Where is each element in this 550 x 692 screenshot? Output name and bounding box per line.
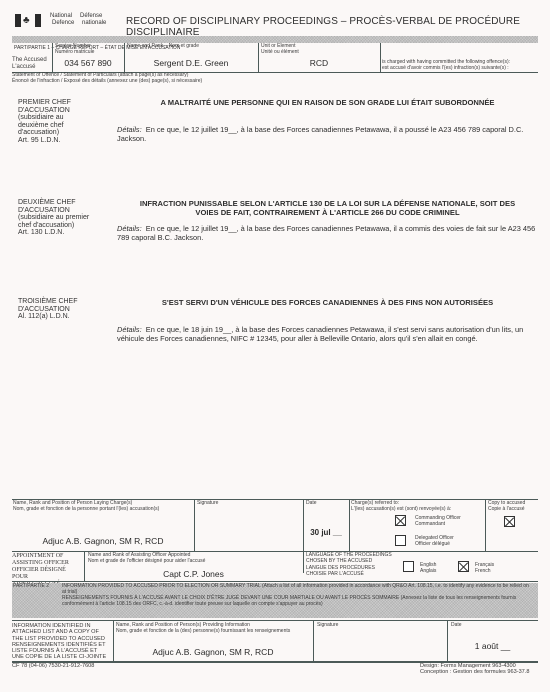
charged-text-fr: est accusé d'avoir commis l'(es) infract…	[382, 66, 538, 72]
language-label-line: CHOSEN BY THE ACCUSED	[306, 559, 396, 565]
assisting-name-label-fr: Nom et grade de l'officier désigné pour …	[88, 559, 298, 565]
info-label-line: ATTACHED LIST AND A COPY OF	[12, 629, 112, 635]
francais-label: Français French	[475, 563, 494, 574]
design-credit-fr: Conception : Gestion des formules 963-37…	[420, 670, 529, 676]
charge-3-label-line: Al. 112(a) L.D.N.	[18, 313, 98, 321]
information-section-label: INFORMATION IDENTIFIED IN ATTACHED LIST …	[12, 623, 112, 661]
charge-3-title: S'EST SERVI D'UN VÉHICULE DES FORCES CAN…	[115, 298, 540, 307]
assisting-label-line: OFFICIER DÉSIGNÉ POUR	[12, 567, 82, 581]
unit-value[interactable]: RCD	[258, 58, 380, 68]
information-name-label: Name, Rank and Position of Person(s) Pro…	[116, 623, 316, 634]
charge-1-label-line: D'ACCUSATION	[18, 107, 98, 115]
charge-2-details-text: En ce que, le 12 juillet 19__, à la base…	[117, 224, 535, 242]
francais-label-fr: French	[475, 569, 494, 575]
date-label: Date	[306, 501, 317, 507]
referred-label-fr: L'(les) accusation(s) est (sont) renvoyé…	[351, 507, 461, 513]
charge-2-label-line: DEUXIÈME CHEF	[18, 199, 98, 207]
charge-3-details-text: En ce que, le 18 juin 19__, à la base de…	[117, 325, 523, 343]
charge-1-details-text: En ce que, le 12 juillet 19__, à la base…	[117, 125, 523, 143]
charge-1-label-line: (subsidiaire au	[18, 114, 98, 122]
charge-3-label: TROISIÈME CHEF D'ACCUSATION Al. 112(a) L…	[18, 298, 98, 321]
page-title: RECORD OF DISCIPLINARY PROCEEDINGS – PRO…	[126, 16, 550, 38]
laying-charge-name-value[interactable]: Adjuc A.B. Gagnon, SM R, RCD	[12, 536, 194, 546]
org-en-line-1: National	[50, 13, 74, 20]
copy-to-accused-checkbox[interactable]	[504, 516, 515, 527]
org-name-en: National Defence	[50, 13, 74, 26]
form-number: CF 78 (04-06) 7530-21-912-7608	[12, 664, 94, 670]
statement-label: Statement of Offence / Statement of Part…	[12, 73, 202, 84]
information-signature-field[interactable]	[314, 630, 447, 660]
assisting-label-line: APPOINTMENT OF	[12, 553, 82, 560]
assisting-label-line: ASSISTING OFFICER	[12, 560, 82, 567]
charge-1-label: PREMIER CHEF D'ACCUSATION (subsidiaire a…	[18, 99, 98, 144]
information-signature-label: Signature	[317, 623, 338, 629]
charge-2-details: Détails: En ce que, le 12 juillet 19__, …	[117, 225, 537, 242]
name-rank-label: Name and Rank – Nom et grade	[127, 44, 199, 50]
commanding-officer-checkbox[interactable]	[395, 515, 406, 526]
charge-2-label-line: chef d'accusation)	[18, 222, 98, 230]
english-label: English Anglais	[420, 563, 436, 574]
charged-statement: is charged with having committed the fol…	[382, 60, 538, 71]
part1-band: PART/PARTIE 1 – CHARGE REPORT – ÉTAT DE …	[12, 36, 538, 43]
charge-1-label-line: Art. 95 L.D.N.	[18, 137, 98, 145]
charge-2-label-line: Art. 130 L.D.N.	[18, 229, 98, 237]
language-label-line: CHOISIE PAR L'ACCUSÉ	[306, 572, 396, 578]
referred-label: Charge(s) referred to: L'(les) accusatio…	[351, 501, 461, 512]
accused-row-label: The Accused L'accusé	[12, 57, 47, 71]
info-label-line: THE LIST PROVIDED TO ACCUSED	[12, 636, 112, 642]
delegated-officer-label: Delegated Officer Officier délégué	[415, 536, 454, 547]
info-label-line: UNE COPIE DE LA LISTE CI-JOINTE	[12, 654, 112, 660]
laying-label-fr: Nom, grade et fonction de la personne po…	[13, 507, 193, 513]
service-number-label: Service Number Numéro matricule	[55, 44, 94, 55]
design-credit: Design: Forms Management 963-4300 Concep…	[420, 664, 529, 675]
part2-text: INFORMATION PROVIDED TO ACCUSED PRIOR TO…	[62, 584, 532, 607]
service-number-value[interactable]: 034 567 890	[52, 58, 124, 68]
charge-2-label-line: (subsidiaire au premier	[18, 214, 98, 222]
unit-label-fr: Unité ou élément	[261, 50, 299, 56]
information-date-label: Date	[451, 623, 462, 629]
part2-text-fr: RENSEIGNEMENTS FOURNIS À L'ACCUSÉ AVANT …	[62, 596, 532, 607]
information-name-value[interactable]: Adjuc A.B. Gagnon, SM R, RCD	[113, 647, 313, 657]
assisting-name-label: Name and Rank of Assisting Officer Appoi…	[88, 553, 298, 564]
charge-1-details: Détails: En ce que, le 12 juillet 19__, …	[117, 126, 537, 143]
org-fr-line-2: nationale	[80, 20, 106, 27]
english-label-fr: Anglais	[420, 569, 436, 575]
name-rank-value[interactable]: Sergent D.E. Green	[124, 58, 258, 68]
laying-charge-name-label: Name, Rank and Position of Person Laying…	[13, 501, 193, 512]
org-en-line-2: Defence	[50, 20, 74, 27]
information-date-value[interactable]: 1 août __	[447, 641, 538, 651]
info-name-label-fr: Nom, grade et fonction de la (des) perso…	[116, 629, 316, 635]
statement-label-fr: Énoncé de l'infraction / Exposé des déta…	[12, 79, 202, 85]
charge-2-label: DEUXIÈME CHEF D'ACCUSATION (subsidiaire …	[18, 199, 98, 237]
part2-band: PART/PARTIE 2 INFORMATION PROVIDED TO AC…	[12, 583, 538, 618]
charge-3-label-line: TROISIÈME CHEF	[18, 298, 98, 306]
charge-1-label-line: PREMIER CHEF	[18, 99, 98, 107]
service-number-label-fr: Numéro matricule	[55, 50, 94, 56]
english-checkbox[interactable]	[403, 561, 414, 572]
copy-to-accused-label: Copy to accused Copie à l'accusé	[488, 501, 525, 512]
part2-band-label: PART/PARTIE 2	[13, 584, 49, 590]
charge-2-label-line: D'ACCUSATION	[18, 207, 98, 215]
signature-label: Signature	[197, 501, 218, 507]
charge-3-label-line: D'ACCUSATION	[18, 306, 98, 314]
date-value[interactable]: 30 jul __	[303, 528, 349, 537]
charge-3-details: Détails: En ce que, le 18 juin 19__, à l…	[117, 326, 537, 343]
charge-2-title: INFRACTION PUNISSABLE SELON L'ARTICLE 13…	[115, 199, 540, 217]
unit-label: Unit or Element Unité ou élément	[261, 44, 299, 55]
do-label-fr: Officier délégué	[415, 542, 454, 548]
delegated-officer-checkbox[interactable]	[395, 535, 406, 546]
accused-label-fr: L'accusé	[12, 64, 47, 71]
signature-field[interactable]	[195, 508, 303, 550]
language-label: LANGUAGE OF THE PROCEEDINGS CHOSEN BY TH…	[306, 553, 396, 577]
charge-1-label-line: deuxième chef	[18, 122, 98, 130]
charge-1-title: A MALTRAITÉ UNE PERSONNE QUI EN RAISON D…	[115, 98, 540, 107]
co-label-fr: Commandant	[415, 522, 461, 528]
copy-label-fr: Copie à l'accusé	[488, 507, 525, 513]
org-name-fr: Défense nationale	[80, 13, 106, 26]
francais-checkbox[interactable]	[458, 561, 469, 572]
charge-1-label-line: d'accusation)	[18, 129, 98, 137]
assisting-name-value[interactable]: Capt C.P. Jones	[84, 569, 303, 579]
commanding-officer-label: Commanding Officer Commandant	[415, 516, 461, 527]
part2-text-en: INFORMATION PROVIDED TO ACCUSED PRIOR TO…	[62, 584, 532, 595]
accused-label-en: The Accused	[12, 57, 47, 64]
canada-flag-icon: ♣	[15, 14, 41, 27]
